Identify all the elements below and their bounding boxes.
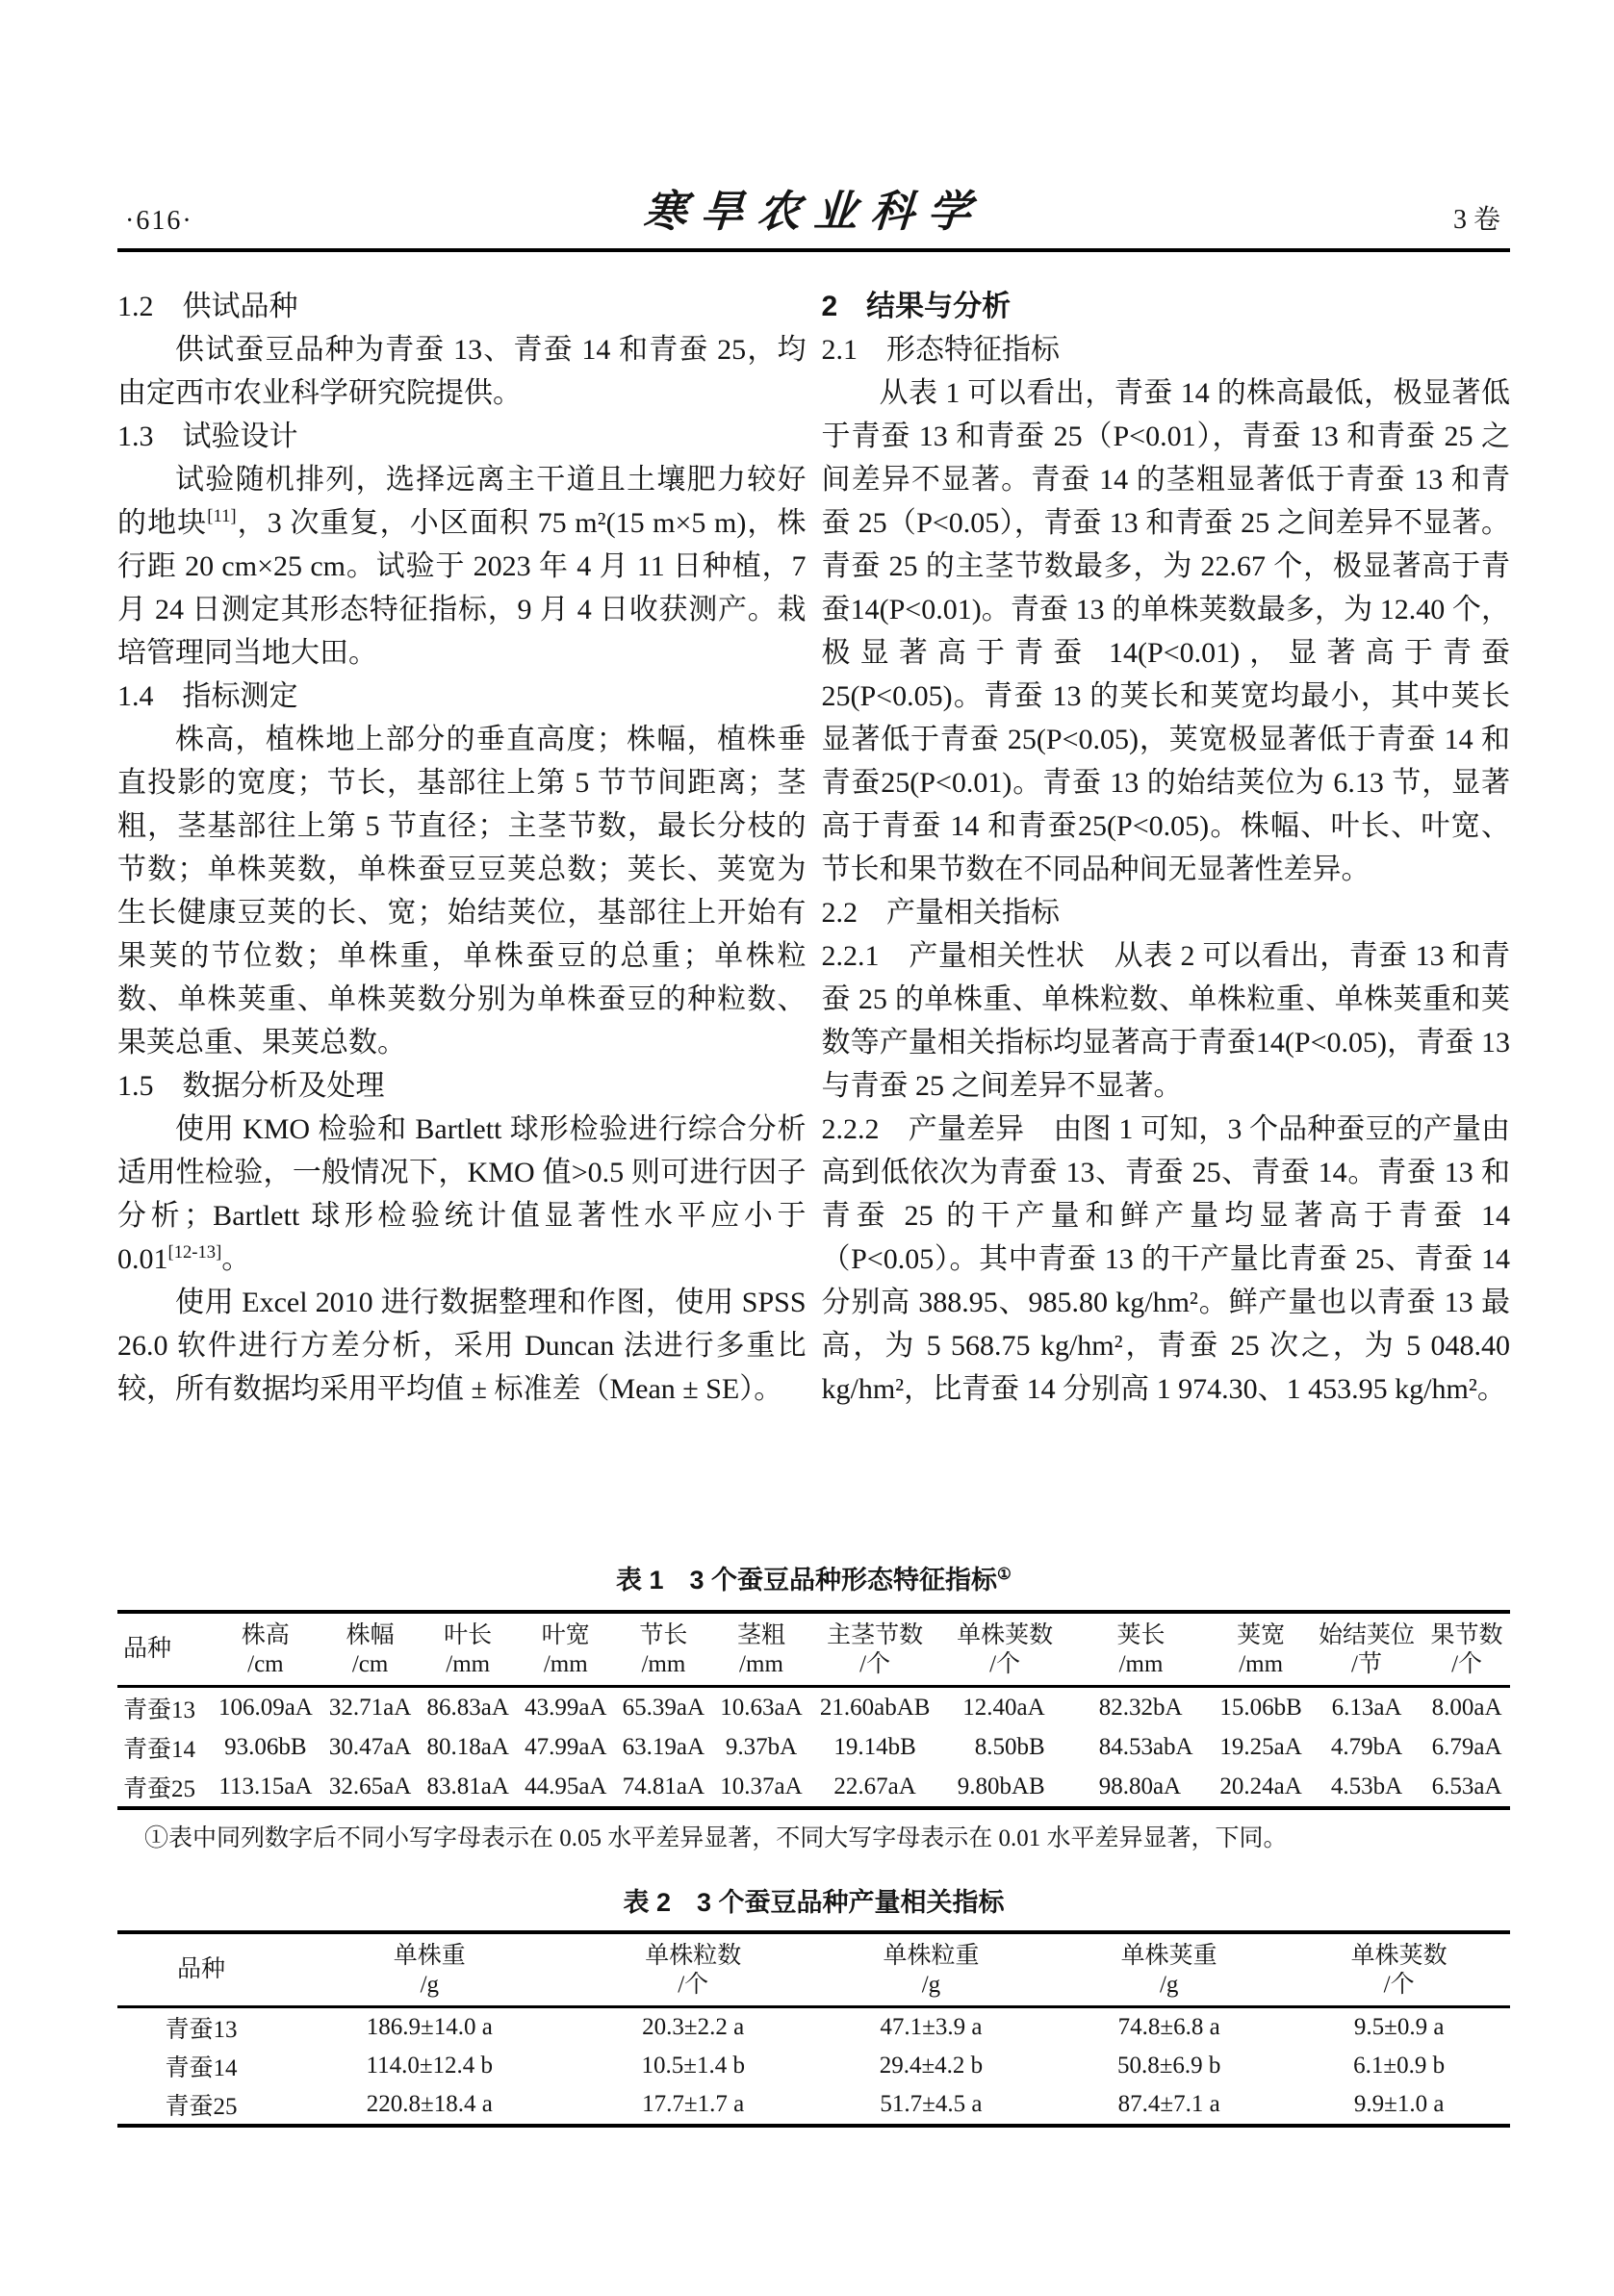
data-cell: 43.99aA [517, 1687, 615, 1728]
column-header-unit: /mm [1214, 1651, 1308, 1678]
table1: 品种株高/cm株幅/cm叶长/mm叶宽/mm节长/mm茎粗/mm主茎节数/个单株… [117, 1610, 1510, 1810]
text-run: 供试蚕豆品种为青蚕 13、青蚕 14 和青蚕 25，均由定西市农业科学研究院提供… [117, 334, 807, 409]
text-run: 从表 1 可以看出，青蚕 14 的株高最低，极显著低于青蚕 13 和青蚕 25（… [822, 377, 1511, 885]
column-header-unit: /个 [812, 1651, 938, 1678]
row-label-cell: 青蚕25 [117, 2085, 285, 2126]
row-label-cell: 青蚕14 [117, 2047, 285, 2085]
table-row: 青蚕14114.0±12.4 b10.5±1.4 b29.4±4.2 b50.8… [117, 2047, 1510, 2085]
citation-superscript: [11] [207, 506, 236, 526]
text-run: 使用 Excel 2010 进行数据整理和作图，使用 SPSS 26.0 软件进… [117, 1287, 807, 1405]
column-header: 单株粒重/g [812, 1932, 1050, 2007]
column-header: 品种 [117, 1932, 285, 2007]
data-cell: 44.95aA [517, 1767, 615, 1808]
column-header-label: 果节数 [1425, 1620, 1508, 1651]
subsection-heading: 2.1 形态特征指标 [822, 328, 1511, 371]
column-header-label: 单株荚数 [1290, 1941, 1508, 1972]
data-cell: 6.1±0.9 b [1288, 2047, 1510, 2085]
data-cell: 74.8±6.8 a [1050, 2007, 1288, 2048]
data-cell: 98.80aA [1070, 1767, 1213, 1808]
table1-title-footnote-mark: ① [997, 1565, 1012, 1583]
column-header: 株高/cm [210, 1612, 321, 1687]
column-header-unit: /个 [942, 1651, 1068, 1678]
column-header-label: 节长 [617, 1620, 711, 1651]
column-header-unit: /mm [617, 1651, 711, 1678]
table-header: 品种单株重/g单株粒数/个单株粒重/g单株荚重/g单株荚数/个 [117, 1932, 1510, 2007]
running-head: ·616· 寒旱农业科学 3 卷 [117, 189, 1510, 239]
data-cell: 8.50bB [940, 1727, 1070, 1767]
data-cell: 80.18aA [419, 1727, 517, 1767]
table-row: 青蚕1493.06bB30.47aA80.18aA47.99aA63.19aA9… [117, 1727, 1510, 1767]
column-header-label: 叶长 [421, 1620, 515, 1651]
table1-footnote: ①表中同列数字后不同小写字母表示在 0.05 水平差异显著，不同大写字母表示在 … [117, 1822, 1510, 1856]
data-cell: 9.9±1.0 a [1288, 2085, 1510, 2126]
table2-title: 表 2 3 个蚕豆品种产量相关指标 [117, 1881, 1510, 1919]
column-header-unit: /mm [421, 1651, 515, 1678]
data-cell: 10.63aA [712, 1687, 810, 1728]
text-run: 1.3 试验设计 [117, 421, 298, 452]
data-cell: 8.00aA [1423, 1687, 1510, 1728]
data-cell: 12.40aA [940, 1687, 1070, 1728]
data-cell: 186.9±14.0 a [285, 2007, 575, 2048]
column-header: 品种 [117, 1612, 210, 1687]
text-run: 1.4 指标测定 [117, 680, 298, 712]
table1-title-text: 表 1 3 个蚕豆品种形态特征指标 [616, 1566, 997, 1594]
row-label-cell: 青蚕25 [117, 1767, 210, 1808]
table-row: 青蚕13106.09aA32.71aA86.83aA43.99aA65.39aA… [117, 1687, 1510, 1728]
volume-number: 3 卷 [1453, 198, 1500, 237]
column-header: 单株荚数/个 [940, 1612, 1070, 1687]
column-header: 茎粗/mm [712, 1612, 810, 1687]
subsection-heading: 1.5 数据分析及处理 [117, 1064, 807, 1108]
column-header: 主茎节数/个 [810, 1612, 940, 1687]
table-row: 青蚕25220.8±18.4 a17.7±1.7 a51.7±4.5 a87.4… [117, 2085, 1510, 2126]
column-header-label: 单株粒重 [814, 1941, 1048, 1972]
page-number: ·616· [125, 206, 193, 237]
table1-section: 表 1 3 个蚕豆品种形态特征指标① 品种株高/cm株幅/cm叶长/mm叶宽/m… [117, 1559, 1510, 1856]
data-cell: 29.4±4.2 b [812, 2047, 1050, 2085]
column-header-unit: /个 [1425, 1651, 1508, 1678]
table-row: 青蚕13186.9±14.0 a20.3±2.2 a47.1±3.9 a74.8… [117, 2007, 1510, 2048]
table-body: 青蚕13106.09aA32.71aA86.83aA43.99aA65.39aA… [117, 1687, 1510, 1809]
column-header: 始结荚位/节 [1310, 1612, 1423, 1687]
subsection-heading: 2.2 产量相关指标 [822, 891, 1511, 934]
column-header-unit: /g [1052, 1972, 1286, 1999]
journal-title: 寒旱农业科学 [641, 176, 986, 239]
column-header: 荚长/mm [1070, 1612, 1213, 1687]
column-header-unit: /mm [519, 1651, 613, 1678]
column-header-unit: /g [287, 1972, 573, 1999]
table2-section: 表 2 3 个蚕豆品种产量相关指标 品种单株重/g单株粒数/个单株粒重/g单株荚… [117, 1881, 1510, 2128]
column-header-unit: /个 [1290, 1972, 1508, 1999]
text-run: 1.5 数据分析及处理 [117, 1070, 385, 1102]
data-cell: 4.79bA [1310, 1727, 1423, 1767]
paragraph: 株高，植株地上部分的垂直高度；株幅，植株垂直投影的宽度；节长，基部往上第 5 节… [117, 718, 807, 1064]
text-run: 2.1 形态特征指标 [822, 334, 1061, 366]
data-cell: 74.81aA [615, 1767, 713, 1808]
data-cell: 47.1±3.9 a [812, 2007, 1050, 2048]
text-run: 2 结果与分析 [822, 291, 1012, 322]
data-cell: 87.4±7.1 a [1050, 2085, 1288, 2126]
data-cell: 10.5±1.4 b [575, 2047, 812, 2085]
data-cell: 106.09aA [210, 1687, 321, 1728]
column-header-unit: /cm [212, 1651, 320, 1678]
paragraph: 使用 KMO 检验和 Bartlett 球形检验进行综合分析适用性检验，一般情况… [117, 1108, 807, 1281]
column-header-label: 茎粗 [714, 1620, 808, 1651]
column-header: 荚宽/mm [1212, 1612, 1310, 1687]
data-cell: 82.32bA [1070, 1687, 1213, 1728]
column-header-label: 单株重 [287, 1941, 573, 1972]
data-cell: 6.79aA [1423, 1727, 1510, 1767]
column-header: 单株重/g [285, 1932, 575, 2007]
text-run: 。 [221, 1243, 250, 1275]
data-cell: 47.99aA [517, 1727, 615, 1767]
data-cell: 20.24aA [1212, 1767, 1310, 1808]
data-cell: 32.71aA [321, 1687, 420, 1728]
data-cell: 9.5±0.9 a [1288, 2007, 1510, 2048]
table1-title: 表 1 3 个蚕豆品种形态特征指标① [117, 1559, 1510, 1596]
table-row: 青蚕25113.15aA32.65aA83.81aA44.95aA74.81aA… [117, 1767, 1510, 1808]
column-header-label: 荚长 [1072, 1620, 1211, 1651]
paragraph: 使用 Excel 2010 进行数据整理和作图，使用 SPSS 26.0 软件进… [117, 1281, 807, 1411]
paragraph: 2.2.1 产量相关性状 从表 2 可以看出，青蚕 13 和青蚕 25 的单株重… [822, 934, 1511, 1108]
column-header: 单株荚数/个 [1288, 1932, 1510, 2007]
paragraph: 试验随机排列，选择远离主干道且土壤肥力较好的地块[11]，3 次重复，小区面积 … [117, 458, 807, 675]
column-header: 单株荚重/g [1050, 1932, 1288, 2007]
column-header-label: 荚宽 [1214, 1620, 1308, 1651]
data-cell: 86.83aA [419, 1687, 517, 1728]
column-header-label: 主茎节数 [812, 1620, 938, 1651]
data-cell: 32.65aA [321, 1767, 420, 1808]
data-cell: 113.15aA [210, 1767, 321, 1808]
column-header-label: 叶宽 [519, 1620, 613, 1651]
data-cell: 30.47aA [321, 1727, 420, 1767]
text-run: 由图 1 可知，3 个品种蚕豆的产量由高到低依次为青蚕 13、青蚕 25、青蚕 … [822, 1113, 1511, 1405]
data-cell: 50.8±6.9 b [1050, 2047, 1288, 2085]
data-cell: 15.06bB [1212, 1687, 1310, 1728]
table2: 品种单株重/g单株粒数/个单株粒重/g单株荚重/g单株荚数/个青蚕13186.9… [117, 1930, 1510, 2128]
right-column: 2 结果与分析2.1 形态特征指标从表 1 可以看出，青蚕 14 的株高最低，极… [822, 285, 1511, 1515]
article-body: 1.2 供试品种供试蚕豆品种为青蚕 13、青蚕 14 和青蚕 25，均由定西市农… [117, 285, 1510, 1515]
column-header: 叶长/mm [419, 1612, 517, 1687]
data-cell: 114.0±12.4 b [285, 2047, 575, 2085]
column-header-unit: /节 [1312, 1651, 1422, 1678]
column-header-label: 单株荚数 [942, 1620, 1068, 1651]
section-heading: 2 结果与分析 [822, 285, 1511, 328]
column-header-unit: /mm [1072, 1651, 1211, 1678]
left-column: 1.2 供试品种供试蚕豆品种为青蚕 13、青蚕 14 和青蚕 25，均由定西市农… [117, 285, 807, 1515]
data-cell: 84.53abA [1070, 1727, 1213, 1767]
column-header-unit: /cm [323, 1651, 418, 1678]
column-header-label: 品种 [123, 1634, 208, 1665]
data-cell: 93.06bB [210, 1727, 321, 1767]
column-header-label: 单株荚重 [1052, 1941, 1286, 1972]
journal-page: ·616· 寒旱农业科学 3 卷 1.2 供试品种供试蚕豆品种为青蚕 13、青蚕… [0, 0, 1614, 2296]
column-header-label: 品种 [119, 1954, 283, 1985]
paragraph: 从表 1 可以看出，青蚕 14 的株高最低，极显著低于青蚕 13 和青蚕 25（… [822, 371, 1511, 891]
data-cell: 19.25aA [1212, 1727, 1310, 1767]
row-label-cell: 青蚕13 [117, 2007, 285, 2048]
data-cell: 17.7±1.7 a [575, 2085, 812, 2126]
data-cell: 6.13aA [1310, 1687, 1423, 1728]
data-cell: 9.37bA [712, 1727, 810, 1767]
data-cell: 83.81aA [419, 1767, 517, 1808]
column-header: 株幅/cm [321, 1612, 420, 1687]
subsection-heading: 1.4 指标测定 [117, 675, 807, 718]
text-run: 株高，植株地上部分的垂直高度；株幅，植株垂直投影的宽度；节长，基部往上第 5 节… [117, 724, 807, 1059]
row-label-cell: 青蚕14 [117, 1727, 210, 1767]
subsection-heading: 1.3 试验设计 [117, 415, 807, 458]
runin-heading: 2.2.2 产量差异 [822, 1113, 1025, 1145]
text-run: 1.2 供试品种 [117, 291, 298, 322]
paragraph: 供试蚕豆品种为青蚕 13、青蚕 14 和青蚕 25，均由定西市农业科学研究院提供… [117, 328, 807, 415]
column-header: 单株粒数/个 [575, 1932, 812, 2007]
header-rule [117, 248, 1510, 252]
column-header-label: 始结荚位 [1312, 1620, 1422, 1651]
table-header: 品种株高/cm株幅/cm叶长/mm叶宽/mm节长/mm茎粗/mm主茎节数/个单株… [117, 1612, 1510, 1687]
data-cell: 65.39aA [615, 1687, 713, 1728]
data-cell: 4.53bA [1310, 1767, 1423, 1808]
data-cell: 9.80bAB [940, 1767, 1070, 1808]
paragraph: 2.2.2 产量差异 由图 1 可知，3 个品种蚕豆的产量由高到低依次为青蚕 1… [822, 1108, 1511, 1411]
data-cell: 21.60abAB [810, 1687, 940, 1728]
column-header-unit: /个 [576, 1972, 810, 1999]
citation-superscript: [12-13] [168, 1242, 222, 1263]
column-header-label: 单株粒数 [576, 1941, 810, 1972]
data-cell: 6.53aA [1423, 1767, 1510, 1808]
data-cell: 51.7±4.5 a [812, 2085, 1050, 2126]
table-body: 青蚕13186.9±14.0 a20.3±2.2 a47.1±3.9 a74.8… [117, 2007, 1510, 2127]
row-label-cell: 青蚕13 [117, 1687, 210, 1728]
column-header-unit: /mm [714, 1651, 808, 1678]
column-header-label: 株高 [212, 1620, 320, 1651]
text-run: 2.2 产量相关指标 [822, 897, 1061, 929]
data-cell: 19.14bB [810, 1727, 940, 1767]
subsection-heading: 1.2 供试品种 [117, 285, 807, 328]
column-header: 果节数/个 [1423, 1612, 1510, 1687]
data-cell: 22.67aA [810, 1767, 940, 1808]
column-header: 叶宽/mm [517, 1612, 615, 1687]
column-header-label: 株幅 [323, 1620, 418, 1651]
data-cell: 20.3±2.2 a [575, 2007, 812, 2048]
data-cell: 63.19aA [615, 1727, 713, 1767]
runin-heading: 2.2.1 产量相关性状 [822, 940, 1086, 972]
column-header: 节长/mm [615, 1612, 713, 1687]
column-header-unit: /g [814, 1972, 1048, 1999]
data-cell: 220.8±18.4 a [285, 2085, 575, 2126]
text-run: ，3 次重复，小区面积 75 m²(15 m×5 m)，株行距 20 cm×25… [117, 507, 807, 669]
data-cell: 10.37aA [712, 1767, 810, 1808]
